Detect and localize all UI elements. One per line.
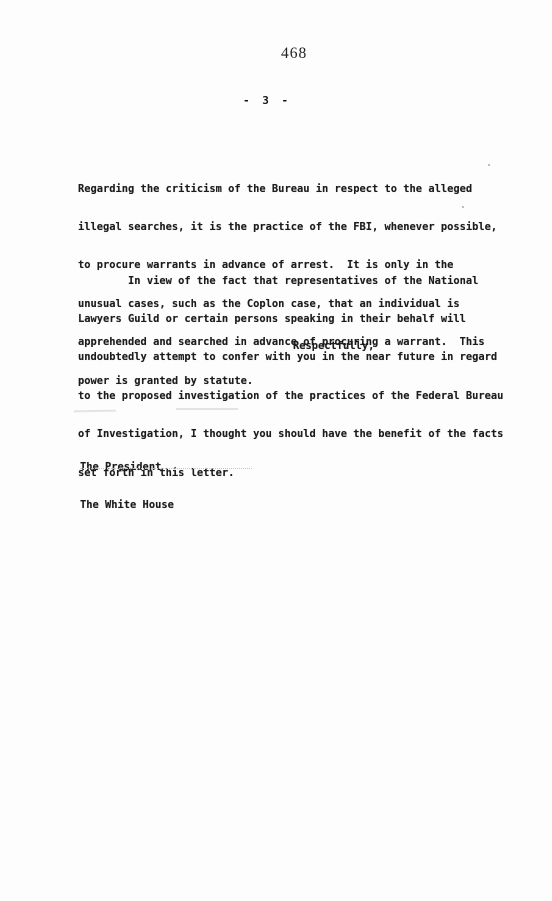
letter-line: undoubtedly attempt to confer with you i… — [78, 351, 503, 364]
recipient-line: The White House — [80, 499, 174, 512]
letter-line: Lawyers Guild or certain persons speakin… — [78, 313, 503, 326]
scan-speck — [462, 206, 464, 208]
scanned-letter-page: 468 - 3 - Regarding the criticism of the… — [0, 0, 552, 901]
letter-page-label: - 3 - — [243, 94, 291, 107]
recipient-line: The President — [80, 461, 174, 474]
letter-line: illegal searches, it is the practice of … — [78, 221, 497, 234]
letter-line: In view of the fact that representatives… — [78, 275, 503, 288]
letter-line: Regarding the criticism of the Bureau in… — [78, 183, 497, 196]
book-page-number: 468 — [281, 45, 307, 63]
letter-closing: Respectfully, — [293, 340, 374, 353]
recipient-block: The President The White House — [80, 435, 174, 537]
scan-artifact-dotted-line — [80, 468, 252, 469]
letter-line: to the proposed investigation of the pra… — [78, 390, 503, 403]
scan-smudge — [176, 408, 238, 410]
scan-speck — [488, 164, 490, 166]
